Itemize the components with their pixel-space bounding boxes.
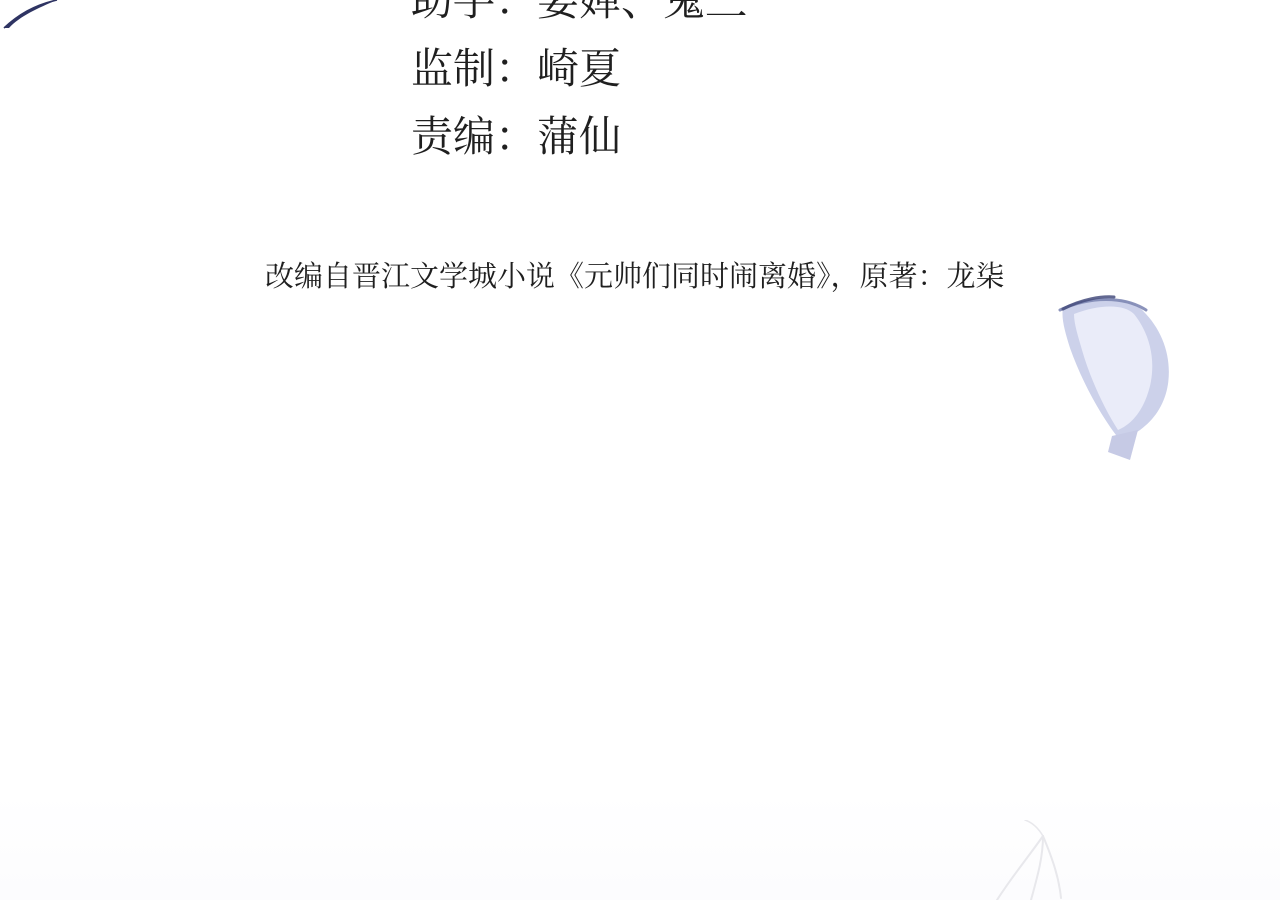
leaf-tip-decoration [0,0,70,35]
credit-line-editor: 责编：蒲仙 [411,103,747,171]
credit-line-assistant: 助手：姜婵、鬼三 [411,0,747,35]
comic-credits-page: 助手：姜婵、鬼三 监制：崎夏 责编：蒲仙 改编自晋江文学城小说《元帅们同时闹离婚… [0,0,1280,900]
petal-decoration [1050,290,1190,470]
adaptation-note: 改编自晋江文学城小说《元帅们同时闹离婚》，原著：龙柒 [265,258,1005,296]
sketch-line-tip [1025,820,1043,836]
sketch-line-right [1043,836,1061,898]
credit-line-supervisor: 监制：崎夏 [411,35,747,103]
sketch-line-left [997,836,1043,900]
faint-sketch-decoration [985,820,1115,900]
credits-block: 助手：姜婵、鬼三 监制：崎夏 责编：蒲仙 [411,0,747,171]
petal-stem [1108,430,1138,460]
leaf-tip-shape [4,0,57,28]
